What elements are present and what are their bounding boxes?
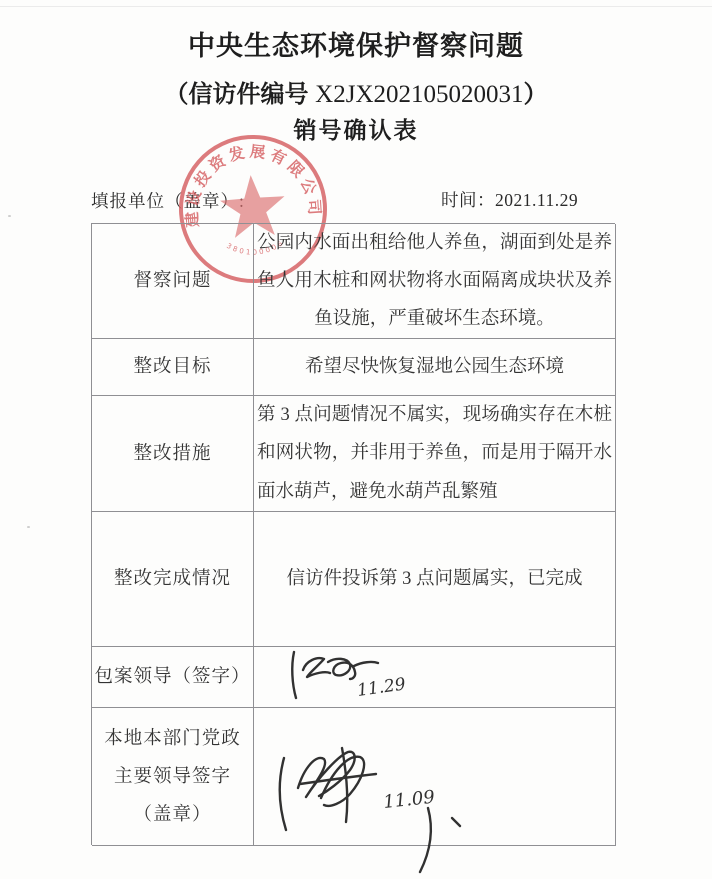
row-content-completion-status: 信访件投诉第 3 点问题属实，已完成 — [254, 512, 616, 647]
seal-arc-text: 建设投资发展有限公司 — [178, 137, 324, 228]
case-leader-signature: 11.29 — [270, 646, 430, 706]
row-label-completion-status: 整改完成情况 — [92, 512, 254, 647]
row-label-rectification-measures: 整改措施 — [92, 396, 254, 512]
scanned-form-page: 中央生态环境保护督察问题 （信访件编号 X2JX202105020031） 销号… — [0, 0, 712, 879]
svg-text:建设投资发展有限公司: 建设投资发展有限公司 — [178, 137, 324, 228]
scan-artifact — [0, 6, 712, 7]
letter-number-line: （信访件编号 X2JX202105020031） — [0, 80, 712, 110]
row-label-case-leader-signature: 包案领导（签字） — [92, 647, 254, 708]
time-label: 时间：2021.11.29 — [441, 187, 578, 212]
row-label-party-leader-signature: 本地本部门党政 主要领导签字 （盖章） — [92, 708, 254, 846]
scan-speck — [27, 526, 30, 528]
row-label-rectification-goal: 整改目标 — [92, 339, 254, 396]
letter-number-prefix: （信访件编号 — [164, 81, 315, 108]
page-title: 中央生态环境保护督察问题 — [0, 24, 712, 63]
row-content-rectification-goal: 希望尽快恢复湿地公园生态环境 — [254, 339, 616, 396]
party-leader-signature: 11.09 — [258, 740, 488, 878]
letter-code: X2JX202105020031 — [315, 81, 523, 108]
page-subtitle: 销号确认表 — [0, 112, 712, 145]
signature-date: 11.29 — [356, 674, 407, 701]
row-content-rectification-measures: 第 3 点问题情况不属实，现场确实存在木桩和网状物，并非用于养鱼，而是用于隔开水… — [254, 396, 616, 512]
scan-speck — [8, 215, 11, 217]
letter-number-suffix: ） — [524, 81, 548, 108]
row-content-inspection-problem: 公园内水面出租给他人养鱼，湖面到处是养鱼人用木桩和网状物将水面隔离成块状及养鱼设… — [254, 224, 616, 339]
row-label-inspection-problem: 督察问题 — [92, 224, 254, 339]
fill-unit-label: 填报单位（盖章）: — [91, 188, 245, 213]
